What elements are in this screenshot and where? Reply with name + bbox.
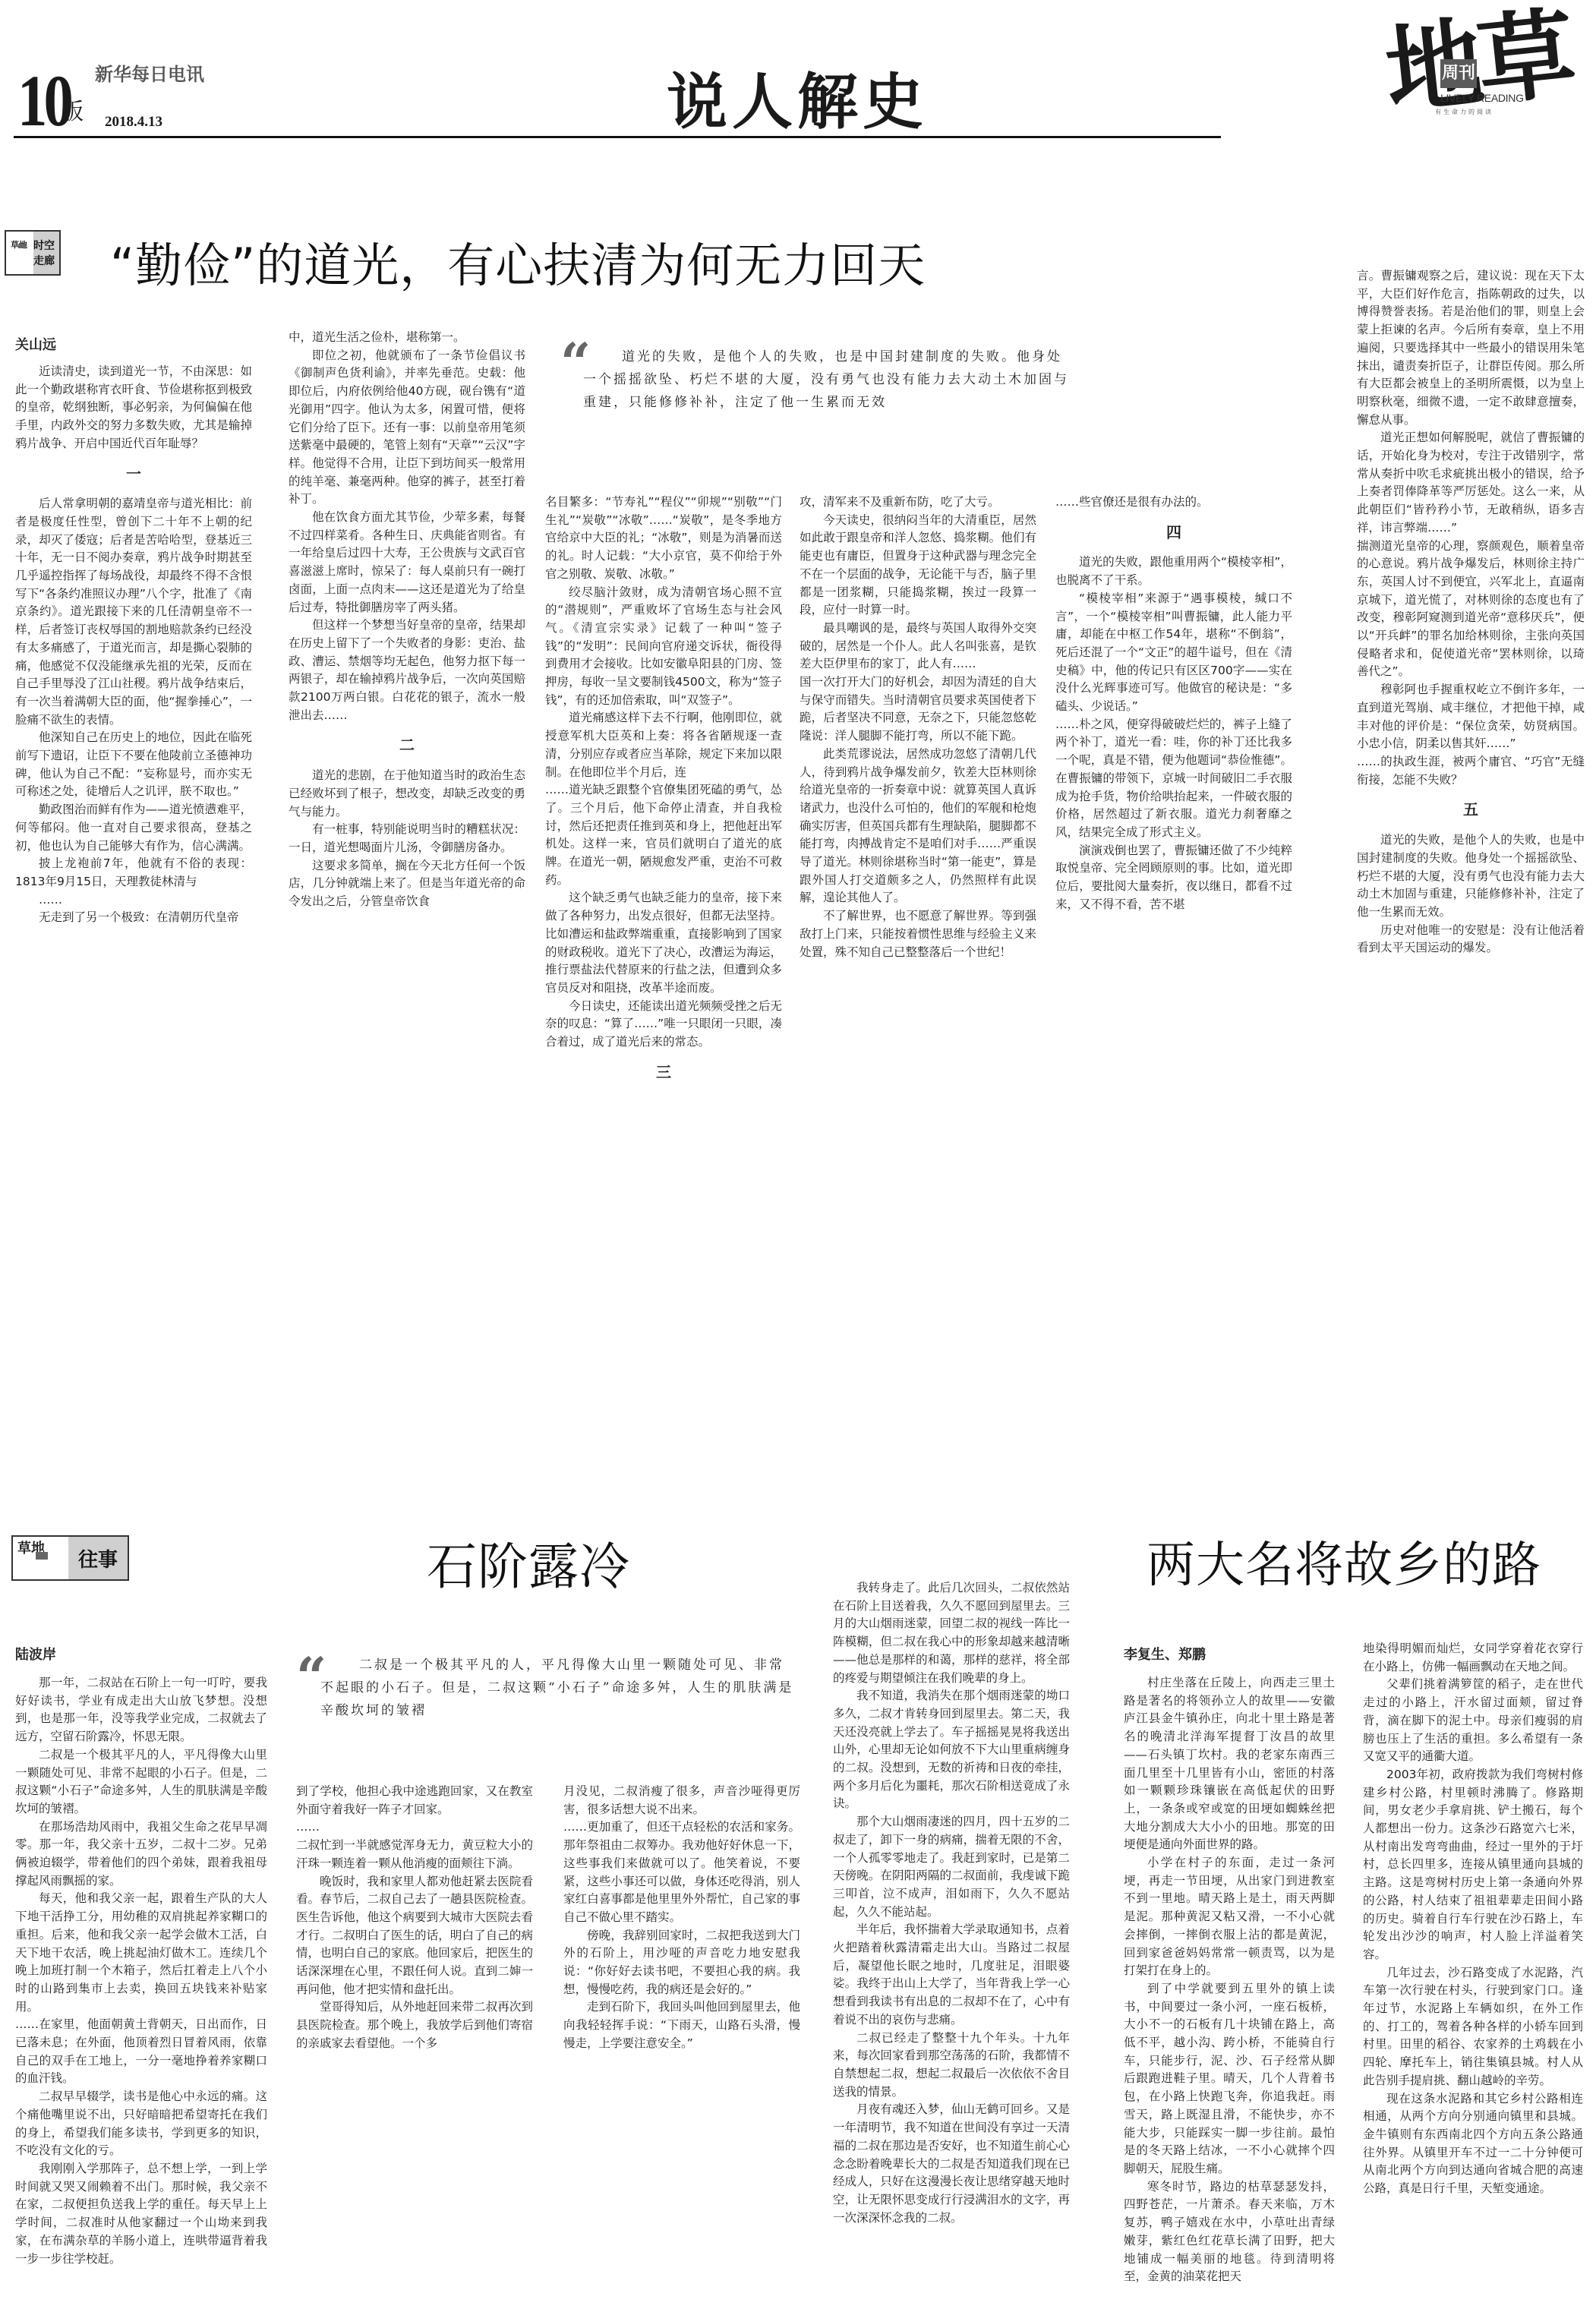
paragraph: 这个缺乏勇气也缺乏能力的皇帝，接下来做了各种努力，出发点很好，但都无法坚持。比如… — [545, 889, 782, 997]
paragraph: 我不知道，我消失在那个烟雨迷蒙的坳口多久，二叔才肯转身回到屋里去。第二天，我天还… — [833, 1687, 1070, 1813]
paragraph: 道光的失败，是他个人的失败，也是中国封建制度的失败。他身处一个摇摇欲坠、朽烂不堪… — [1357, 831, 1585, 922]
paragraph: 国一次打开大门的好机会，却因为清廷的自大与保守而错失。当时清朝官员要求英国使者下… — [800, 673, 1036, 746]
pullquote-text: 道光的失败，是他个人的失败，也是中国封建制度的失败。他身处一个摇摇欲坠、朽烂不堪… — [560, 345, 1077, 414]
paragraph: 我刚刚入学那阵子，总不想上学，一到上学时间就又哭又闹赖着不出门。那时候，我父亲不… — [15, 2160, 267, 2268]
article3-headline: 两大名将故乡的路 — [1147, 1526, 1541, 1596]
paragraph: …… — [15, 891, 252, 910]
paragraph: 道光正想如何解脱呢，就信了曹振镛的话，开始化身为校对，专注于改错别字，常常从奏折… — [1357, 429, 1585, 537]
paragraph: 2003年初，政府拨款为我们弯树村修建乡村公路，村里顿时沸腾了。修路期间，男女老… — [1363, 1766, 1583, 1964]
paragraph: 道光痛感这样下去不行啊，他刚即位，就授意军机大臣英和上奏：将各省陋规逐一查清，分… — [545, 709, 782, 781]
section-mark-1: 一 — [15, 465, 252, 484]
paragraph: 近读清史，读到道光一节，不由深思：如此一个勤政堪称宵衣旰食、节俭堪称抠到极致的皇… — [15, 363, 252, 453]
paragraph: 在那场浩劫风雨中，我祖父生命之花早早凋零。那一年，我父亲十五岁，二叔十二岁。兄弟… — [15, 1818, 267, 1891]
paragraph: 傍晚，我辞别回家时，二叔把我送到大门外的石阶上，用沙哑的声音吃力地安慰我说：“你… — [563, 1927, 800, 1999]
paragraph: 攻，清军来不及重新布防，吃了大亏。 — [800, 494, 1036, 512]
paragraph: 有一桩事，特别能说明当时的糟糕状况：一日，道光想喝面片儿汤，令御膳房备办。 — [289, 821, 525, 856]
paragraph: 堂哥得知后，从外地赶回来带二叔再次到县医院检查。那个晚上，我放学后到他们寄宿的亲… — [296, 1998, 533, 2052]
paragraph: ……的执政生涯，被两个庸官、“巧官”无缝衔接，怎能不失败？ — [1357, 753, 1585, 789]
article2-col4: 我转身走了。此后几次回头，二叔依然站在石阶上目送着我，久久不愿回到屋里去。三月的… — [833, 1579, 1070, 2301]
article1-headline: “勤俭”的道光，有心扶清为何无力回天 — [110, 228, 926, 295]
paragraph: 我转身走了。此后几次回头，二叔依然站在石阶上目送着我，久久不愿回到屋里去。三月的… — [833, 1579, 1070, 1687]
paragraph: 后人常拿明朝的嘉靖皇帝与道光相比：前者是极度任性型，曾创下二十年不上朝的纪录，却… — [15, 495, 252, 729]
column-badge-label: 时空走廊 — [33, 232, 59, 274]
page-suffix: 版 — [61, 93, 84, 126]
paragraph: 他深知自己在历史上的地位，因此在临死前写下遗诏，让臣下不要在他陵前立圣德神功碑，… — [15, 729, 252, 801]
paragraph: “模棱宰相”来源于“遇事模棱，缄口不言”，一个“模棱宰相”叫曹振镛，此人能力平庸… — [1055, 590, 1292, 716]
paragraph: 二叔早早辍学，读书是他心中永远的痛。这个痛他嘴里说不出，只好暗暗把希望寄托在我们… — [15, 2088, 267, 2160]
article2-headline: 石阶露冷 — [427, 1526, 630, 1598]
section-title: 说人解史 — [667, 53, 928, 140]
pullquote-text: 二叔是一个极其平凡的人，平凡得像大山里一颗随处可见、非常不起眼的小石子。但是，二… — [296, 1654, 797, 1722]
paragraph: 今日读史，还能读出道光频频受挫之后无奈的叹息：“算了……”唯一只眼闭一只眼，凑合… — [545, 998, 782, 1052]
article3-col2: 地染得明媚而灿烂，女同学穿着花衣穿行在小路上，仿佛一幅画飘动在天地之间。 父辈们… — [1363, 1640, 1583, 2301]
paragraph: 半年后，我怀揣着大学录取通知书，点着火把踏着秋露清霜走出大山。当路过二叔屋后，凝… — [833, 1921, 1070, 2029]
paragraph: 地染得明媚而灿烂，女同学穿着花衣穿行在小路上，仿佛一幅画飘动在天地之间。 — [1363, 1640, 1583, 1676]
paragraph: 言。曹振镛观察之后，建议说：现在天下太平，大臣们好作危言，指陈朝政的过失，以博得… — [1357, 267, 1585, 429]
paragraph: 那个大山烟雨凄迷的四月，四十五岁的二叔走了，卸下一身的病痛，揣着无限的不舍，一个… — [833, 1813, 1070, 1921]
quote-mark-icon: “ — [296, 1651, 329, 1704]
paragraph: 即位之初，他就颁布了一条节俭倡议书《御制声色货利谕》，并率先垂范。史载：他即位后… — [289, 347, 525, 509]
paragraph: 最具嘲讽的是，最终与英国人取得外交突破的，居然是一个仆人。此人名叫张喜，是钦差大… — [800, 620, 1036, 673]
article2-col2: 到了学校，他担心我中途逃跑回家，又在教室外面守着我好一阵子才回家。 …… 二叔忙… — [296, 1783, 533, 2301]
masthead: 10 版 新华每日电讯 2018.4.13 说人解史 — [14, 0, 1221, 138]
paragraph: 那一年，二叔站在石阶上一句一叮咛，要我好好读书，学业有成走出大山放飞梦想。没想到… — [15, 1674, 267, 1746]
paragraph: ……些官僚还是很有办法的。 — [1055, 494, 1292, 512]
paragraph: 二叔已经走了整整十九个年头。十九年来，每次回家看到那空荡荡的石阶，我都情不自禁想… — [833, 2030, 1070, 2102]
paragraph: 名目繁多：“节寿礼”“程仪”“卯规”“别敬”“门生礼”“炭敬”“冰敬”……“炭敬… — [545, 494, 782, 584]
paragraph: 几年过去，沙石路变成了水泥路，汽车第一次行驶在村头，行驶到家门口。逢年过节，水泥… — [1363, 1964, 1583, 2090]
paragraph: 二叔忙到一半就感觉浑身无力，黄豆粒大小的汗珠一颗连着一颗从他消瘦的面颊往下淌。 — [296, 1837, 533, 1872]
article1-pullquote: “ 道光的失败，是他个人的失败，也是中国封建制度的失败。他身处一个摇摇欲坠、朽烂… — [560, 345, 1077, 452]
paragraph: 寒冬时节，路边的枯草瑟瑟发抖，四野苍茫，一片萧杀。春天来临，万木复苏，鸭子嬉戏在… — [1124, 2178, 1335, 2286]
paragraph: 小学在村子的东面，走过一条河埂，再走一节田埂，从出家门到进教室不到一里地。晴天路… — [1124, 1854, 1335, 1980]
brand-slogan: 有生命力的阅读 — [1435, 108, 1493, 116]
masthead-rule — [14, 136, 1221, 138]
section-mark-4: 四 — [1055, 524, 1292, 542]
paragraph: 绞尽脑汁敛财，成为清朝官场心照不宣的“潜规则”，严重败坏了官场生态与社会风气。《… — [545, 584, 782, 710]
article2-col1: 那一年，二叔站在石阶上一句一叮咛，要我好好读书，学业有成走出大山放飞梦想。没想到… — [15, 1674, 267, 2301]
article2-byline: 陆波岸 — [15, 1644, 56, 1664]
paragraph: 走到石阶下，我回头叫他回到屋里去，他向我轻轻挥手说：“下雨天，山路石头滑，慢慢走… — [563, 1998, 800, 2052]
article1-byline: 关山远 — [15, 334, 56, 354]
paragraph: 村庄坐落在丘陵上，向西走三里土路是著名的将领孙立人的故里——安徽庐江县金牛镇孙庄… — [1124, 1674, 1335, 1854]
paragraph: ……更加重了，但还干点轻松的农活和家务。那年祭祖由二叔筹办。我劝他好好休息一下，… — [563, 1818, 800, 1926]
paragraph: 揣测道光皇帝的心理，察颜观色，顺着皇帝的心意说。鸦片战争爆发后，林则徐主持广东，… — [1357, 538, 1585, 682]
paragraph: 无走到了另一个极致：在清朝历代皇帝 — [15, 909, 252, 927]
article1-col2: 中，道光生活之俭朴，堪称第一。 即位之初，他就颁布了一条节俭倡议书《御制声色货利… — [289, 329, 525, 1483]
brand-calligraphy: 草地 — [1374, 2, 1574, 176]
paragraph: 但这样一个梦想当好皇帝的皇帝，结果却在历史上留下了一个失败者的身影：吏治、盐政、… — [289, 617, 525, 724]
caodi-mini-logo: 草地 — [6, 232, 33, 274]
quote-mark-icon: “ — [560, 336, 593, 390]
paragraph: 晚饭时，我和家里人都劝他赶紧去医院看看。春节后，二叔自己去了一趟县医院检查。医生… — [296, 1873, 533, 1999]
mini-logo-tag — [36, 1552, 48, 1560]
article1-col5: ……些官僚还是很有办法的。 四 道光的失败，跟他重用两个“模棱宰相”，也脱离不了… — [1055, 494, 1292, 1483]
section-mark-3: 三 — [545, 1064, 782, 1082]
brand-weekly-tag: 周刊 — [1440, 59, 1477, 88]
article2-col3: 月没见，二叔消瘦了很多，声音沙哑得更厉害，很多话想大说不出来。 ……更加重了，但… — [563, 1783, 800, 2301]
paragraph: 此类荒谬说法，居然成功忽悠了清朝几代人，待到鸦片战争爆发前夕，钦差大臣林则徐给道… — [800, 746, 1036, 907]
paragraph: 月夜有魂还入梦，仙山无鹤可回乡。又是一年清明节，我不知道在世间没有享过一天清福的… — [833, 2101, 1070, 2227]
issue-date: 2018.4.13 — [105, 114, 162, 131]
section-mark-2: 二 — [289, 736, 525, 755]
paragraph: 二叔是一个极其平凡的人，平凡得像大山里一颗随处可见、非常不起眼的小石子。但是，二… — [15, 1746, 267, 1818]
paragraph: 中，道光生活之俭朴，堪称第一。 — [289, 329, 525, 347]
column-badge-shikong: 草地 时空走廊 — [5, 230, 61, 276]
paragraph: 不了解世界，也不愿意了解世界。等到强敌打上门来，只能按着惯性思维与经验主义来处置… — [800, 907, 1036, 961]
paragraph: 穆彰阿也手握重权屹立不倒许多年，一直到道光驾崩、咸丰继位，才把他干掉，咸丰对他的… — [1357, 681, 1585, 753]
article1-col4: 攻，清军来不及重新布防，吃了大亏。 今天读史，很纳闷当年的大清重臣，居然如此敢于… — [800, 494, 1036, 1483]
paragraph: 道光的悲剧，在于他知道当时的政治生态已经败坏到了根子，想改变，却缺乏改变的勇气与… — [289, 767, 525, 821]
paragraph: 勤政图治而鲜有作为——道光愤懑难平，何等郁闷。他一直对自己要求很高，登基之初，他… — [15, 801, 252, 855]
article2-pullquote: “ 二叔是一个极其平凡的人，平凡得像大山里一颗随处可见、非常不起眼的小石子。但是… — [296, 1654, 797, 1752]
paragraph: 月没见，二叔消瘦了很多，声音沙哑得更厉害，很多话想大说不出来。 — [563, 1783, 800, 1818]
paragraph: 到了学校，他担心我中途逃跑回家，又在教室外面守着我好一阵子才回家。 — [296, 1783, 533, 1818]
paragraph: 到了中学就要到五里外的镇上读书，中间要过一条小河，一座石板桥，大小不一的石板有几… — [1124, 1980, 1335, 2178]
caodi-mini-logo: 草地 — [13, 1537, 68, 1579]
paragraph: 这要求多简单，搁在今天北方任何一个饭店，几分钟就端上来了。但是当年道光帝的命令发… — [289, 857, 525, 911]
brand-logo: 草地 周刊 LIVELY READING 有生命力的阅读 — [1382, 11, 1587, 167]
article3-col1: 村庄坐落在丘陵上，向西走三里土路是著名的将领孙立人的故里——安徽庐江县金牛镇孙庄… — [1124, 1674, 1335, 2301]
paragraph: 演演戏倒也罢了，曹振镛还做了不少纯粹取悦皇帝、完全罔顾原则的事。比如，道光即位后… — [1055, 842, 1292, 914]
paragraph: 父辈们挑着满箩筐的稻子，走在世代走过的小路上，汗水留过面颊，留过脊背，滴在脚下的… — [1363, 1676, 1583, 1766]
column-badge-label: 往事 — [68, 1537, 128, 1579]
article1-col6: 言。曹振镛观察之后，建议说：现在天下太平，大臣们好作危言，指陈朝政的过失，以博得… — [1357, 267, 1585, 1482]
article1-col1: 近读清史，读到道光一节，不由深思：如此一个勤政堪称宵衣旰食、节俭堪称抠到极致的皇… — [15, 363, 252, 1483]
paragraph: …… — [296, 1818, 533, 1837]
paragraph: ……朴之风，便穿得破破烂烂的，裤子上缝了两个补丁，道光一看：哇，你的补丁还比我多… — [1055, 716, 1292, 842]
column-badge-wangshi: 草地 往事 — [11, 1535, 129, 1581]
paragraph: 历史对他唯一的安慰是：没有让他活着看到太平天国运动的爆发。 — [1357, 922, 1585, 957]
brand-english: LIVELY READING — [1440, 92, 1524, 104]
article1-col3: 名目繁多：“节寿礼”“程仪”“卯规”“别敬”“门生礼”“炭敬”“冰敬”……“炭敬… — [545, 494, 782, 1483]
section-mark-5: 五 — [1357, 801, 1585, 819]
paper-name: 新华每日电讯 — [95, 59, 204, 86]
paragraph: 披上龙袍前7年，他就有不俗的表现：1813年9月15日，天理教徒林清与 — [15, 855, 252, 891]
paragraph: 道光的失败，跟他重用两个“模棱宰相”，也脱离不了干系。 — [1055, 554, 1292, 589]
paragraph: 每天，他和我父亲一起，跟着生产队的大人下地干活挣工分，用幼稚的双肩挑起养家糊口的… — [15, 1890, 267, 2016]
paragraph: ……道光缺乏跟整个官僚集团死磕的勇气，怂了。三个月后，他下命停止清查，并自我检讨… — [545, 781, 782, 889]
paragraph: ……在家里，他面朝黄土背朝天，日出而作，日已落未息；在外面，他顶着烈日冒着风雨，… — [15, 2016, 267, 2088]
paragraph: 现在这条水泥路和其它乡村公路相连相通，从两个方向分别通向镇里和县城。金牛镇则有东… — [1363, 2090, 1583, 2198]
mini-logo-tag — [18, 244, 26, 248]
paragraph: 他在饮食方面尤其节俭，少荤多素，每餐不过四样菜肴。各种生日、庆典能省则省。有一年… — [289, 509, 525, 617]
article3-byline: 李复生、郑鹏 — [1124, 1644, 1206, 1664]
paragraph: 今天读史，很纳闷当年的大清重臣，居然如此敢于跟皇帝和洋人忽悠、捣浆糊。他们有能吏… — [800, 512, 1036, 620]
